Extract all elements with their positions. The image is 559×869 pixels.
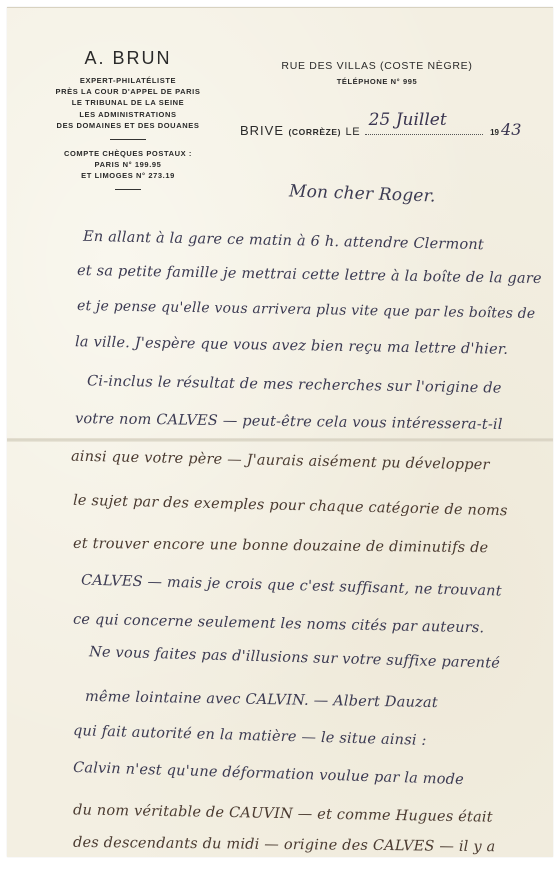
letter-line: CALVES — mais je crois que c'est suffisa…: [81, 572, 502, 599]
letter-line: des descendants du midi — origine des CA…: [73, 835, 496, 855]
letter-line: ainsi que votre père — J'aurais aisément…: [71, 449, 490, 474]
letter-line: le sujet par des exemples pour chaque ca…: [73, 493, 508, 520]
letterhead-name: A. BRUN: [33, 48, 223, 69]
letterhead-title-line: DES DOMAINES ET DES DOUANES: [33, 120, 223, 131]
date-city: BRIVE: [240, 123, 284, 138]
date-year-prefix: 19: [490, 128, 499, 137]
letter-line: même lointaine avec CALVIN. — Albert Dau…: [85, 689, 438, 711]
letter-line: Ne vous faites pas d'illusions sur votre…: [89, 644, 500, 671]
salutation: Mon cher Roger.: [289, 181, 436, 206]
letterhead-postal-line: COMPTE CHÈQUES POSTAUX :: [33, 148, 223, 159]
letterhead-divider: [115, 189, 141, 190]
letterhead-address: RUE DES VILLAS (COSTE NÈGRE): [257, 60, 497, 72]
letter-line: ce qui concerne seulement les noms cités…: [73, 612, 485, 637]
letter-line: et sa petite famille je mettrai cette le…: [77, 263, 542, 287]
letterhead-phone: TÉLÉPHONE N° 995: [257, 77, 497, 86]
letter-line: et trouver encore une bonne douzaine de …: [73, 536, 489, 556]
letter-line: et je pense qu'elle vous arrivera plus v…: [77, 298, 536, 322]
letterhead-title-line: LES ADMINISTRATIONS: [33, 109, 223, 120]
letterhead-right: RUE DES VILLAS (COSTE NÈGRE) TÉLÉPHONE N…: [257, 60, 527, 86]
date-fill-line: 25 Juillet: [365, 124, 483, 135]
letter-line: qui fait autorité en la matière — le sit…: [73, 723, 427, 749]
letter-line: En allant à la gare ce matin à 6 h. atte…: [83, 229, 484, 253]
date-region: (CORRÈZE): [288, 127, 341, 137]
letterhead-left: A. BRUN EXPERT-PHILATÉLISTE PRÈS LA COUR…: [33, 48, 223, 198]
letter-line: Calvin n'est qu'une déformation voulue p…: [73, 760, 464, 788]
letter-paper: A. BRUN EXPERT-PHILATÉLISTE PRÈS LA COUR…: [7, 7, 553, 857]
date-handwritten: 25 Juillet: [369, 110, 447, 130]
date-year-handwritten: 43: [501, 120, 521, 139]
letter-line: votre nom CALVES — peut-être cela vous i…: [75, 411, 503, 433]
letterhead-title-line: EXPERT-PHILATÉLISTE: [33, 75, 223, 86]
letterhead-title-line: LE TRIBUNAL DE LA SEINE: [33, 97, 223, 108]
letterhead-postal-line: ET LIMOGES N° 273.19: [33, 170, 223, 181]
date-line: BRIVE (CORRÈZE) LE 25 Juillet 1943: [240, 120, 550, 144]
date-le: LE: [346, 126, 361, 138]
letter-line: Ci-inclus le résultat de mes recherches …: [87, 373, 502, 396]
letter-line: la ville. J'espère que vous avez bien re…: [75, 334, 508, 358]
letter-line: du nom véritable de CAUVIN — et comme Hu…: [73, 802, 493, 825]
letterhead-title-line: PRÈS LA COUR D'APPEL DE PARIS: [33, 86, 223, 97]
letterhead-postal-line: PARIS N° 199.95: [33, 159, 223, 170]
letterhead-divider: [110, 139, 146, 140]
paper-fold-crease: [7, 438, 553, 442]
